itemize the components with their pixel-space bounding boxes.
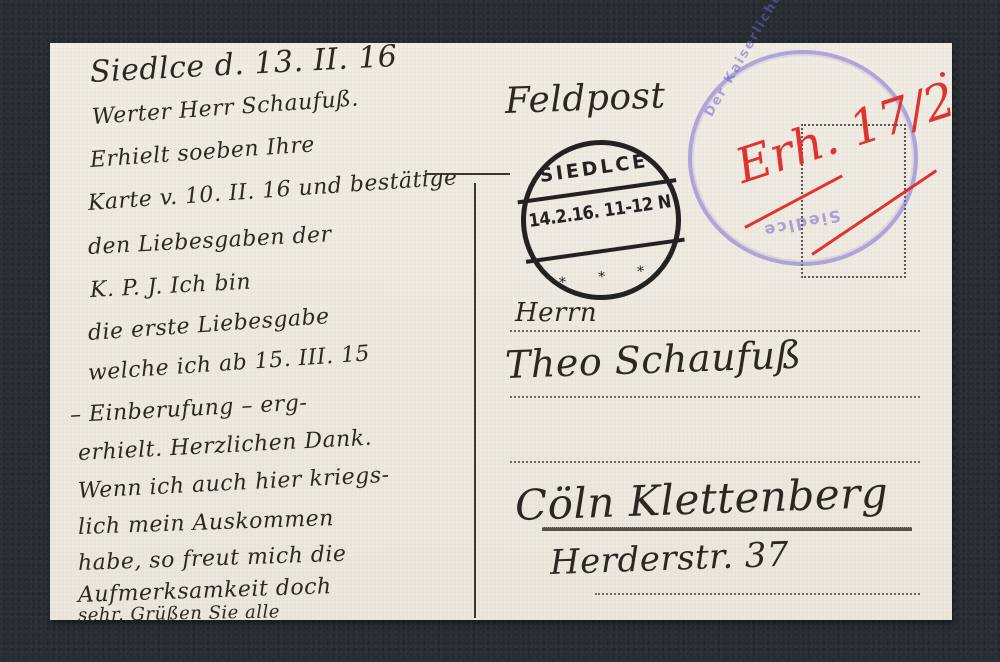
address-line-4 <box>595 593 920 595</box>
divider-top-rule <box>425 173 510 175</box>
divider-vertical-rule <box>474 183 476 618</box>
message-line: welche ich ab 15. III. 15 <box>87 341 371 386</box>
postmark-cancel: SIEDLCE 14.2.16. 11-12 N * * * <box>511 130 692 311</box>
postcard: Siedlce d. 13. II. 16 Werter Herr Schauf… <box>50 43 952 620</box>
seal-text-top: Der Kaiserliche Gouvernement <box>702 0 855 120</box>
address-city: Cöln Klettenberg <box>514 468 889 530</box>
address-line-2 <box>510 396 920 398</box>
message-line: lich mein Auskommen <box>78 506 335 540</box>
message-line: die erste Liebesgabe <box>87 304 330 346</box>
message-line: Erhielt soeben Ihre <box>89 132 316 173</box>
message-line: – Einberufung – erg- <box>69 391 308 428</box>
message-line: erhielt. Herzlichen Dank. <box>77 426 372 466</box>
message-line: den Liebesgaben der <box>87 222 332 260</box>
perforated-edge <box>948 43 956 620</box>
feldpost-service-mark: Feldpost <box>504 75 666 122</box>
message-line-date: Siedlce d. 13. II. 16 <box>89 39 398 90</box>
message-line: Werter Herr Schaufuß. <box>91 86 359 130</box>
address-street: Herderstr. 37 <box>549 535 789 583</box>
message-line: Wenn ich auch hier kriegs- <box>77 463 390 504</box>
receipt-dot <box>940 72 945 77</box>
message-line: sehr. Grüßen Sie alle <box>78 601 280 626</box>
message-line: Karte v. 10. II. 16 und bestätige <box>87 165 458 216</box>
address-salutation: Herrn <box>515 298 597 328</box>
address-line-1 <box>510 330 920 332</box>
message-line: habe, so freut mich die <box>78 542 347 576</box>
address-line-3 <box>510 461 920 463</box>
address-city-underline <box>542 527 912 531</box>
message-line: K. P. J. Ich bin <box>89 270 251 303</box>
postmark-stars: * * * <box>534 258 685 295</box>
address-name: Theo Schaufuß <box>504 333 802 387</box>
